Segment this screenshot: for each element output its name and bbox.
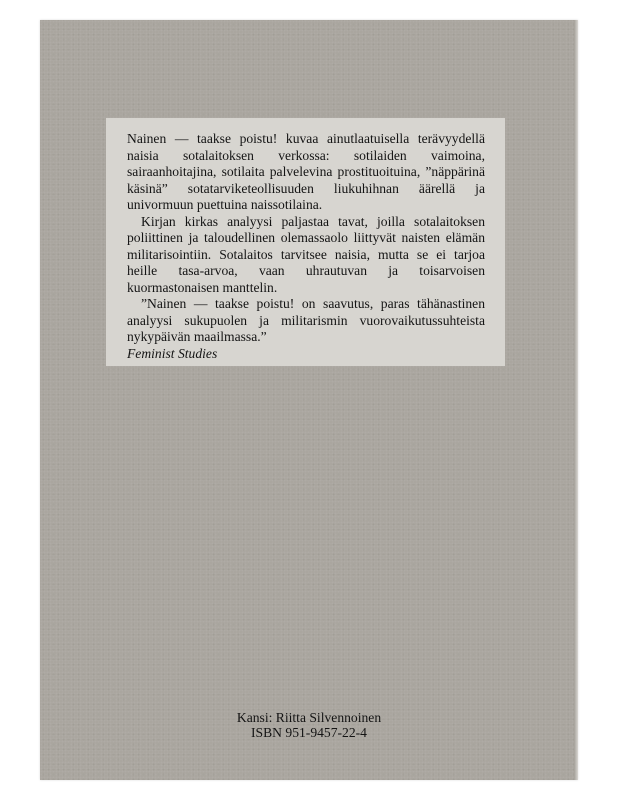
book-back-cover: Nainen — taakse poistu! kuvaa ainutlaatu…	[40, 20, 578, 780]
credits: Kansi: Riitta Silvennoinen ISBN 951-9457…	[40, 710, 578, 740]
blurb-paragraph-2: Kirjan kirkas analyysi paljastaa tavat, …	[127, 214, 485, 297]
cover-designer-credit: Kansi: Riitta Silvennoinen	[40, 710, 578, 725]
blurb-quote: ”Nainen — taakse poistu! on saavutus, pa…	[127, 296, 485, 346]
cover-edge	[574, 20, 578, 780]
blurb-box: Nainen — taakse poistu! kuvaa ainutlaatu…	[106, 118, 505, 366]
isbn: ISBN 951-9457-22-4	[40, 725, 578, 740]
blurb-paragraph-1: Nainen — taakse poistu! kuvaa ainutlaatu…	[127, 131, 485, 214]
quote-attribution: Feminist Studies	[127, 346, 485, 363]
